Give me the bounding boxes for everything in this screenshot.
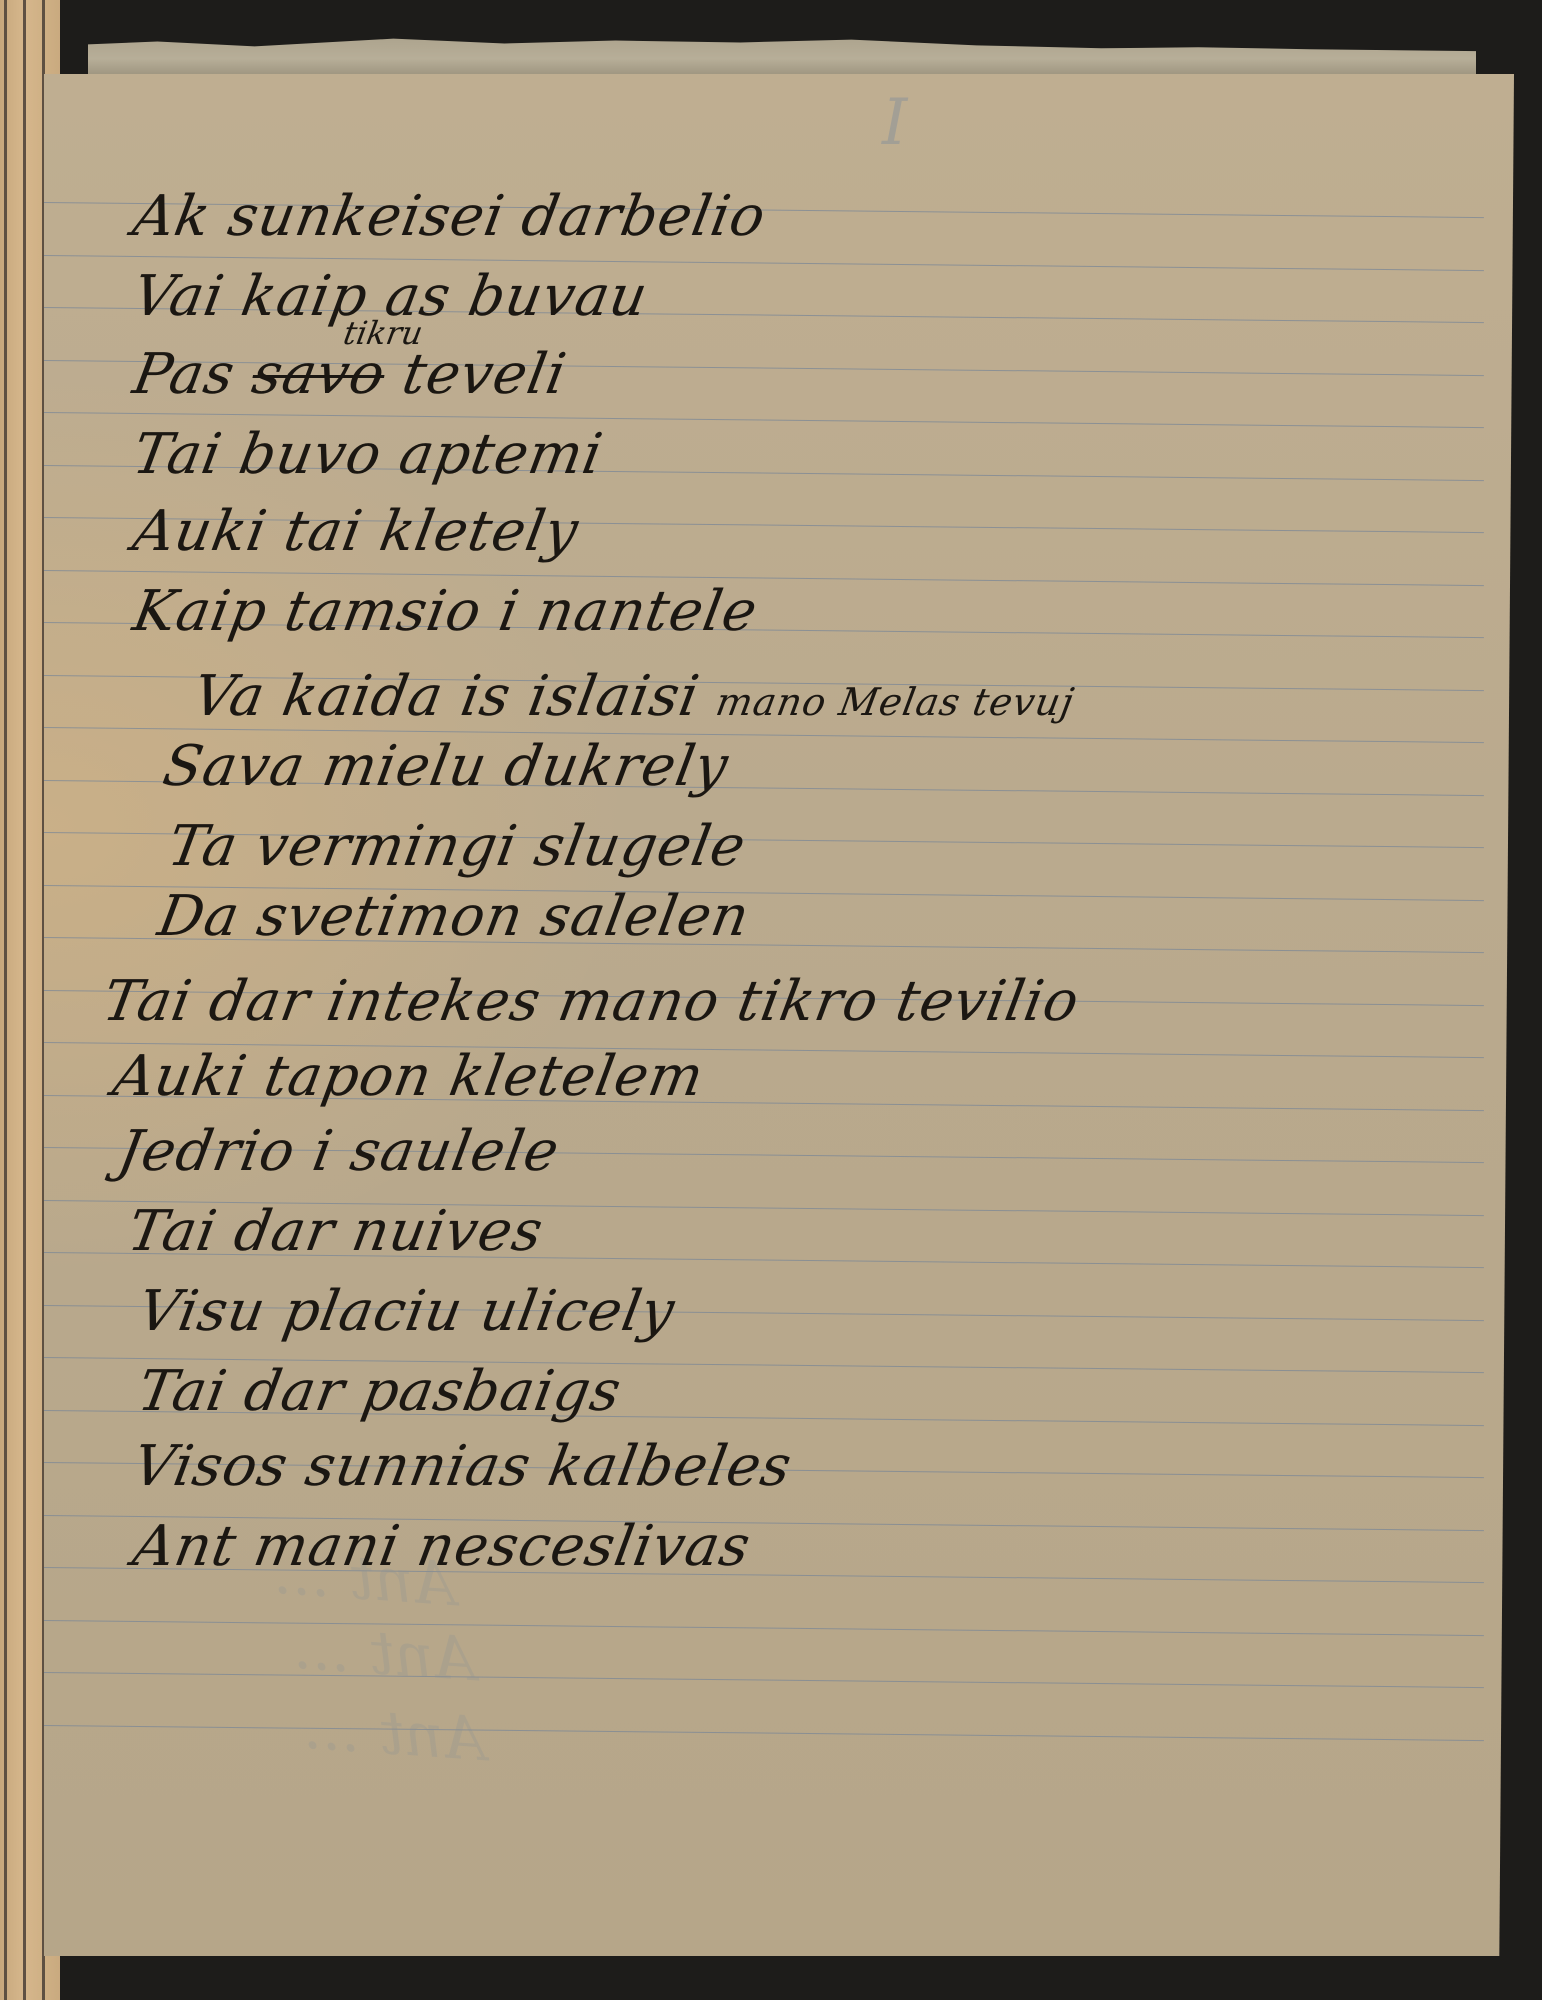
text-word: Pas [128,342,240,407]
text-line: Ant mani nesceslivas [128,1514,755,1579]
text-word: teveli [398,342,572,407]
notebook-page: I Ant ... Ant ... Ant ... Ak sunkeisei d… [44,74,1514,1956]
text-line: Jedrio i saulele [113,1119,564,1184]
bleed-through-text: Ant ... [292,1613,479,1696]
text-word: Va kaida is islaisi [188,664,704,729]
torn-top-strip [88,30,1476,78]
text-line-tail: mano Melas tevuj [713,680,1078,724]
ruled-line [44,1620,1484,1636]
text-line: Auki tai kletely [128,499,583,564]
text-line: Tai dar nuives [123,1199,548,1264]
ruled-line [44,1725,1484,1741]
text-line: Visos sunnias kalbeles [128,1434,797,1499]
text-line: Auki tapon kletelem [108,1044,709,1109]
text-line: Va kaida is islaisi mano Melas tevuj [188,664,1080,729]
text-line: Tai buvo aptemi [128,422,608,487]
binding-edge-line [23,0,26,2000]
text-line: Tai dar intekes mano tikro tevilio [98,969,1084,1034]
text-line: Tai dar pasbaigs [133,1359,626,1424]
page-number-mark: I [882,86,907,160]
text-line: Ak sunkeisei darbelio [128,184,771,249]
text-line: Visu placiu ulicely [133,1279,680,1344]
text-line: Ta vermingi slugele [163,814,751,879]
text-line: Da svetimon salelen [153,884,754,949]
text-line: Sava mielu dukrely [158,734,733,799]
ruled-line [44,1672,1484,1688]
text-line: Kaip tamsio i nantele [128,579,762,644]
inserted-word: tikru [341,314,426,352]
binding-edge-line [4,0,7,2000]
bleed-through-text: Ant ... [302,1693,489,1776]
